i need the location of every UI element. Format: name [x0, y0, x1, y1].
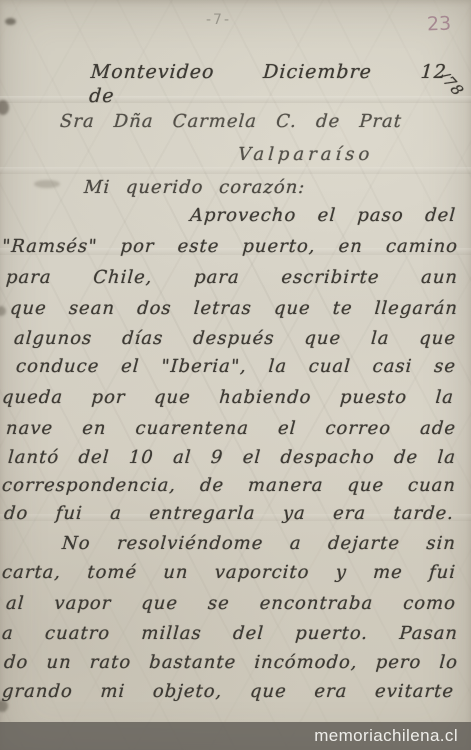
letter-body-line: lantó del 10 al 9 el despacho de la	[7, 446, 457, 470]
letter-body-line: Aprovecho el paso del	[189, 204, 457, 228]
letter-body-line: nave en cuarentena el correo ade	[5, 417, 457, 441]
paper-crease	[0, 167, 471, 174]
letter-salutation: Mi querido corazón:	[83, 176, 306, 200]
letter-body-line: que sean dos letras que te llegarán	[9, 297, 459, 321]
letter-body-line: No resolviéndome a dejarte sin	[61, 532, 457, 556]
letter-body-line: para Chile, para escribirte aun	[5, 266, 459, 290]
letter-body-line: grando mi objeto, que era evitarte	[1, 680, 455, 704]
letter-body-line: algunos días después que la que	[13, 327, 457, 351]
letter-body-line: do fui a entregarla ya era tarde.	[3, 502, 455, 526]
letter-body-line: queda por que habiendo puesto la	[1, 386, 455, 410]
letter-body-line: carta, tomé un vaporcito y me fui	[1, 561, 457, 585]
ink-smudge	[5, 18, 16, 25]
watermark-bar: memoriachilena.cl	[0, 722, 471, 750]
letter-recipient-city: Valparaíso	[237, 143, 374, 167]
letter-recipient: Sra Dña Carmela C. de Prat	[59, 110, 403, 134]
ink-smudge	[0, 306, 6, 316]
letter-body-line: correspondencia, de manera que cuan	[1, 474, 457, 498]
letter-scan-page: -7- 23 Montevideo Diciembre 12 de /78 Sr…	[0, 0, 471, 750]
folio-number: 23	[427, 13, 452, 36]
letter-body-line: do un rato bastante incómodo, pero lo	[3, 651, 459, 675]
archive-page-number: -7-	[206, 12, 231, 28]
letter-body-line: "Ramsés" por este puerto, en camino	[1, 235, 459, 259]
letter-body-line: al vapor que se encontraba como	[5, 592, 457, 616]
letter-dateline: Montevideo Diciembre 12 de	[88, 60, 447, 108]
ink-smudge	[34, 180, 60, 188]
watermark-text: memoriachilena.cl	[314, 726, 458, 746]
ink-smudge	[0, 100, 9, 115]
letter-body-line: conduce el "Iberia", la cual casi se	[15, 355, 457, 379]
letter-body-line: a cuatro millas del puerto. Pasan	[1, 622, 459, 646]
